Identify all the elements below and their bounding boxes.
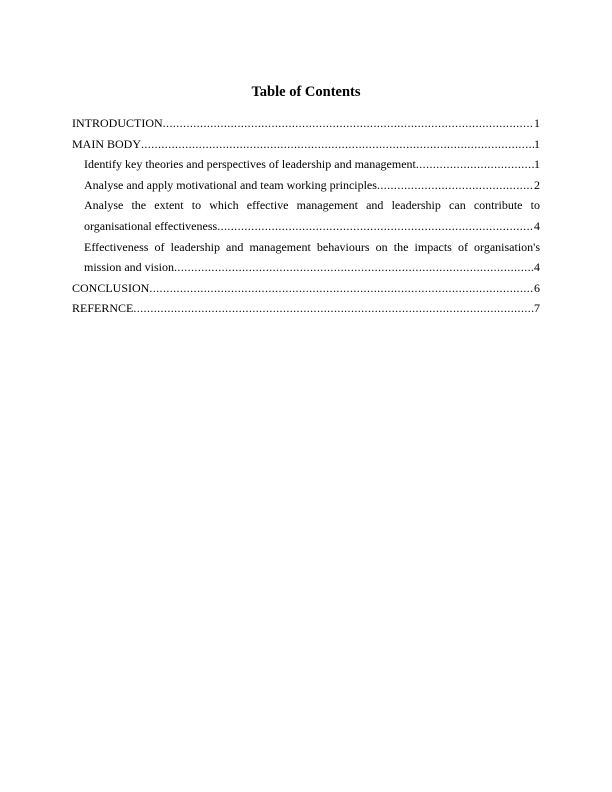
toc-entry-text: mission and vision <box>84 257 174 278</box>
toc-entry-conclusion[interactable]: CONCLUSION6 <box>72 278 540 299</box>
dot-leader <box>416 154 534 175</box>
toc-entry-text: CONCLUSION <box>72 278 149 299</box>
dot-leader <box>377 175 534 196</box>
toc-entry-main-body[interactable]: MAIN BODY1 <box>72 134 540 155</box>
toc-entry-text: Effectiveness of leadership and manageme… <box>84 237 540 258</box>
dot-leader <box>163 113 534 134</box>
toc-entry-text: REFERNCE <box>72 298 133 319</box>
dot-leader <box>133 298 534 319</box>
toc-entry-text: Analyse and apply motivational and team … <box>84 175 377 196</box>
toc-entry-text: MAIN BODY <box>72 134 141 155</box>
dot-leader <box>174 257 534 278</box>
toc-page-number: 1 <box>534 134 540 155</box>
toc-entry-behaviours[interactable]: mission and vision4 <box>72 257 540 278</box>
dot-leader <box>149 278 534 299</box>
toc-page-number: 2 <box>534 175 540 196</box>
toc-page-number: 4 <box>534 216 540 237</box>
toc-title: Table of Contents <box>0 84 612 101</box>
toc-entry-text: organisational effectiveness <box>84 216 217 237</box>
toc-entry-text: INTRODUCTION <box>72 113 163 134</box>
toc-entry-extent[interactable]: organisational effectiveness4 <box>72 216 540 237</box>
toc-entry-motivational[interactable]: Analyse and apply motivational and team … <box>72 175 540 196</box>
toc-entry-reference[interactable]: REFERNCE7 <box>72 298 540 319</box>
table-of-contents: INTRODUCTION1 MAIN BODY1 Identify key th… <box>72 113 540 319</box>
toc-entry-introduction[interactable]: INTRODUCTION1 <box>72 113 540 134</box>
toc-entry-extent-line1[interactable]: Analyse the extent to which effective ma… <box>72 195 540 216</box>
dot-leader <box>217 216 534 237</box>
toc-entry-theories[interactable]: Identify key theories and perspectives o… <box>72 154 540 175</box>
toc-entry-text: Identify key theories and perspectives o… <box>84 154 416 175</box>
toc-page-number: 1 <box>534 154 540 175</box>
toc-page-number: 4 <box>534 257 540 278</box>
toc-entry-text: Analyse the extent to which effective ma… <box>84 195 540 216</box>
toc-page-number: 1 <box>534 113 540 134</box>
toc-page-number: 6 <box>534 278 540 299</box>
toc-page-number: 7 <box>534 298 540 319</box>
dot-leader <box>141 134 534 155</box>
toc-entry-behaviours-line1[interactable]: Effectiveness of leadership and manageme… <box>72 237 540 258</box>
